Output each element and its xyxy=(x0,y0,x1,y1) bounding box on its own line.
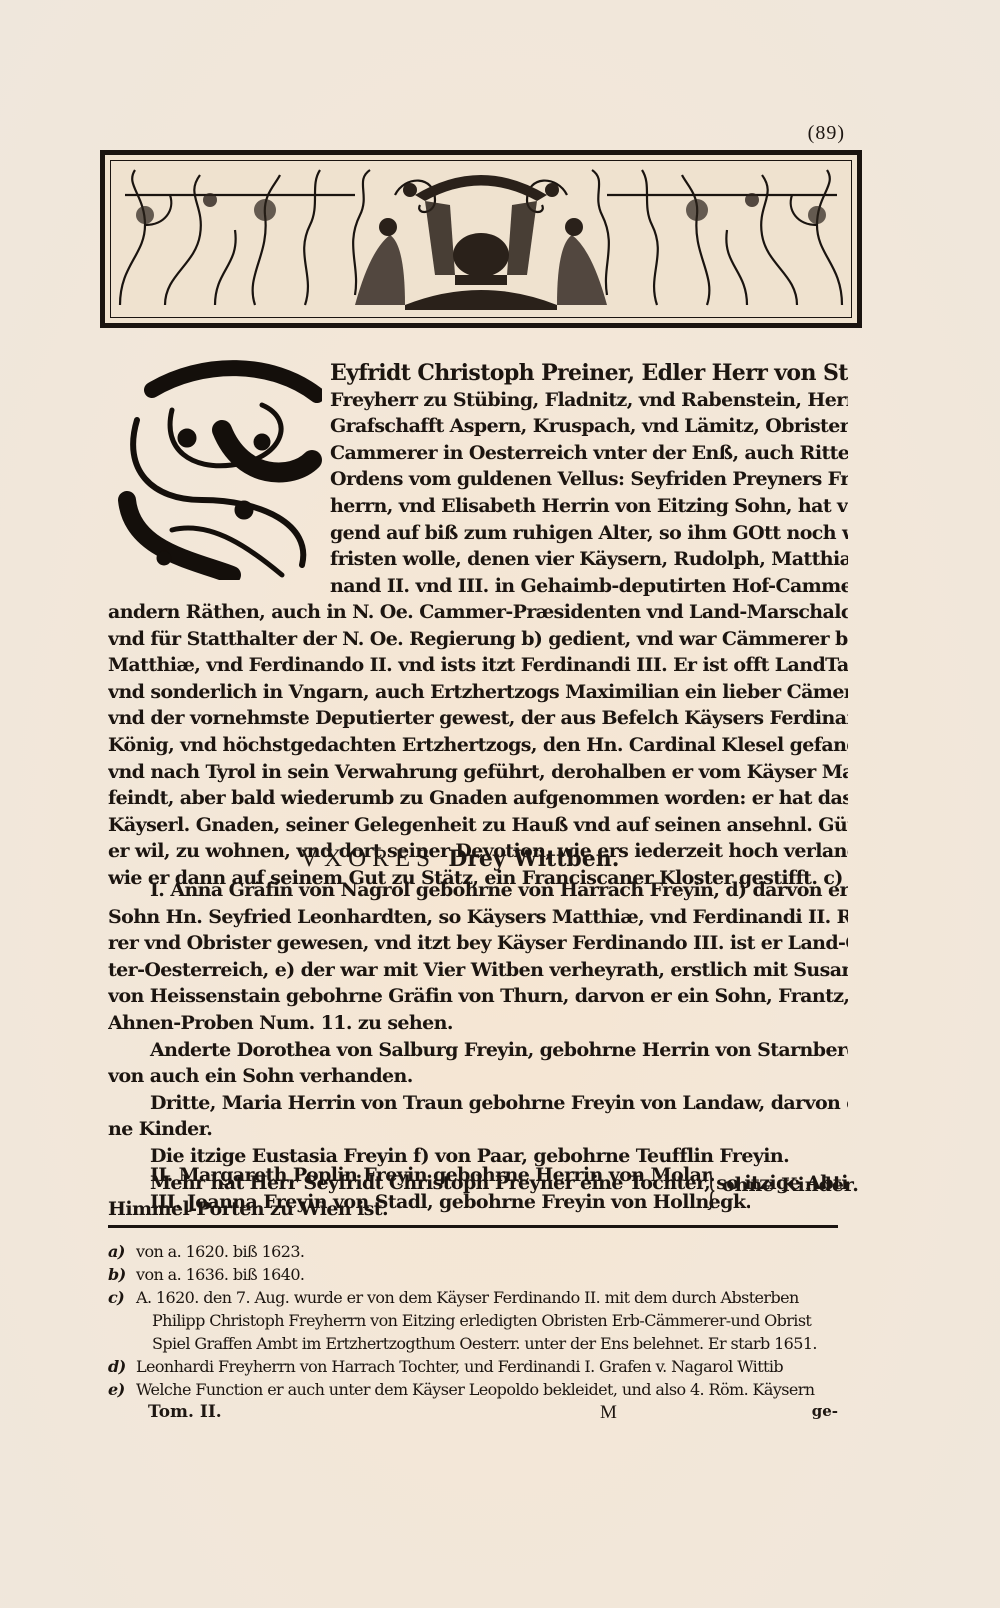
catchword: ge- xyxy=(812,1402,838,1420)
text-line: Anderte Dorothea von Salburg Freyin, geb… xyxy=(108,1037,848,1064)
signature-mark: M xyxy=(600,1402,617,1424)
text-line: Käyserl. Gnaden, seiner Gelegenheit zu H… xyxy=(108,812,848,839)
text-line: II. Margareth Poplin Freyin gebohrne Her… xyxy=(108,1162,750,1189)
text-line: gend auf biß zum ruhigen Alter, so ihm G… xyxy=(330,520,848,547)
brace-label: ohne Kinder. xyxy=(722,1174,859,1196)
text-line: herrn, vnd Elisabeth Herrin von Eitzing … xyxy=(330,493,848,520)
text-line: Matthiæ, vnd Ferdinando II. vnd ists itz… xyxy=(108,652,848,679)
section-heading: VXORES Drey Wittben. xyxy=(300,845,720,873)
text-line: nand II. vnd III. in Gehaimb-deputirten … xyxy=(330,573,848,600)
footnote-c-continued: Philipp Christoph Freyherrn von Eitzing … xyxy=(108,1309,848,1332)
text-line: Cammerer in Oesterreich vnter der Enß, a… xyxy=(330,440,848,467)
footnote-marker: c) xyxy=(108,1286,136,1309)
footnote-marker: b) xyxy=(108,1263,136,1286)
footnote-marker: a) xyxy=(108,1240,136,1263)
heading-german: Drey Wittben. xyxy=(448,846,619,872)
footnotes: a)von a. 1620. biß 1623. b)von a. 1636. … xyxy=(108,1240,848,1401)
footnote-marker: e) xyxy=(108,1378,136,1401)
footnote-divider xyxy=(108,1225,838,1228)
footnote-d: d)Leonhardi Freyherrn von Harrach Tochte… xyxy=(108,1355,848,1378)
text-line: I. Anna Gräfin von Nagrol gebohrne von H… xyxy=(108,877,848,904)
text-line: Ahnen-Proben Num. 11. zu sehen. xyxy=(108,1010,848,1037)
footnote-c: c)A. 1620. den 7. Aug. wurde er von dem … xyxy=(108,1286,848,1309)
text-line: ne Kinder. xyxy=(108,1116,848,1143)
heading-latin: VXORES xyxy=(300,845,436,872)
text-line: Freyherr zu Stübing, Fladnitz, vnd Raben… xyxy=(330,387,848,414)
brace-icon: } xyxy=(706,1166,717,1212)
text-line: Dritte, Maria Herrin von Traun gebohrne … xyxy=(108,1090,848,1117)
text-line: König, vnd höchstgedachten Ertzhertzogs,… xyxy=(108,732,848,759)
text-line: vnd der vornehmste Deputierter gewest, d… xyxy=(108,705,848,732)
footnote-a: a)von a. 1620. biß 1623. xyxy=(108,1240,848,1263)
text-line: III. Joanna Freyin von Stadl, gebohrne F… xyxy=(108,1189,750,1216)
ornament-scrollwork-icon xyxy=(105,155,857,323)
footnote-marker: d) xyxy=(108,1355,136,1378)
text-line: vnd sonderlich in Vngarn, auch Ertzhertz… xyxy=(108,679,848,706)
text-line: Ordens vom guldenen Vellus: Seyfriden Pr… xyxy=(330,466,848,493)
book-page: (89) xyxy=(0,0,1000,1608)
woodcut-header-ornament xyxy=(100,150,862,328)
footnote-e: e)Welche Function er auch unter dem Käys… xyxy=(108,1378,848,1401)
text-line: Sohn Hn. Seyfried Leonhardten, so Käyser… xyxy=(108,904,848,931)
text-line: andern Räthen, auch in N. Oe. Cammer-Præ… xyxy=(108,599,848,626)
drop-cap-initial-s xyxy=(112,350,322,580)
footnote-b: b)von a. 1636. biß 1640. xyxy=(108,1263,848,1286)
text-line: von Heissenstain gebohrne Gräfin von Thu… xyxy=(108,983,848,1010)
text-line: vnd nach Tyrol in sein Verwahrung geführ… xyxy=(108,759,848,786)
footnote-c-continued: Spiel Graffen Ambt im Ertzhertzogthum Oe… xyxy=(108,1332,848,1355)
page-number: (89) xyxy=(808,122,845,145)
text-line: Grafschafft Aspern, Kruspach, vnd Lämitz… xyxy=(330,413,848,440)
text-line: von auch ein Sohn verhanden. xyxy=(108,1063,848,1090)
text-line: rer vnd Obrister gewesen, vnd itzt bey K… xyxy=(108,930,848,957)
volume-label: Tom. II. xyxy=(148,1402,222,1422)
text-line: fristen wolle, denen vier Käysern, Rudol… xyxy=(330,546,848,573)
ornamental-letter-s-icon xyxy=(112,350,322,580)
text-line: ter-Oesterreich, e) der war mit Vier Wit… xyxy=(108,957,848,984)
text-line: Eyfridt Christoph Preiner, Edler Herr vo… xyxy=(330,360,848,387)
text-line: feindt, aber bald wiederumb zu Gnaden au… xyxy=(108,785,848,812)
opening-paragraph: Eyfridt Christoph Preiner, Edler Herr vo… xyxy=(330,360,848,599)
text-line: vnd für Statthalter der N. Oe. Regierung… xyxy=(108,626,848,653)
